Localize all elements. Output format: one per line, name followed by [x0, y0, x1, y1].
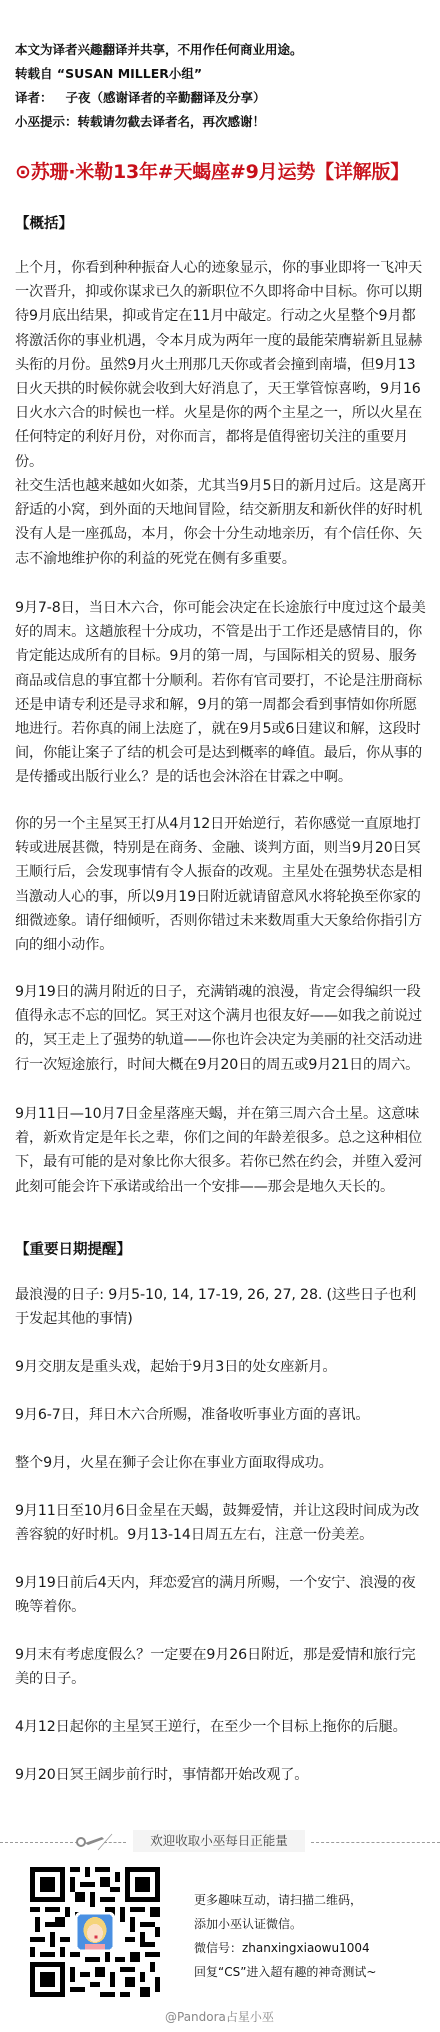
paragraph: 9月交朋友是重头戏，起始于9月3日的处女座新月。: [15, 1355, 429, 1379]
qr-info-line: 更多趣味互动，请扫描二维码，: [194, 1888, 377, 1912]
paragraph: 社交生活也越来越如火如荼，尤其当9月5日的新月过后。这是离开舒适的小窝，到外面的…: [15, 474, 429, 571]
section-heading-dates: 【重要日期提醒】: [15, 1238, 131, 1259]
section-heading-overview: 【概括】: [15, 212, 73, 233]
dashed-line: [104, 1842, 126, 1843]
dashed-line: [311, 1842, 440, 1843]
footer-banner: 欢迎收取小巫每日正能量: [133, 1830, 305, 1852]
qr-info-line: 添加小巫认证微信。: [194, 1912, 377, 1936]
dashed-line: [0, 1842, 78, 1843]
paragraph: 9月11日—10月7日金星落座天蝎，并在第三周六合土星。这意味着，新欢肯定是年长…: [15, 1102, 429, 1199]
qr-info-line: 回复“CS”进入超有趣的神奇测试~: [194, 1960, 377, 1984]
paragraph: 最浪漫的日子: 9月5-10, 14, 17-19, 26, 27, 28. (…: [15, 1283, 429, 1331]
paragraph: 你的另一个主星冥王打从4月12日开始逆行，若你感觉一直原地打转或进展甚微，特别是…: [15, 812, 429, 957]
paragraph: 9月7-8日，当日木六合，你可能会决定在长途旅行中度过这个最美好的周末。这趟旅程…: [15, 596, 429, 790]
watermark: @Pandora占星小巫: [165, 2008, 274, 2025]
qr-info: 更多趣味互动，请扫描二维码， 添加小巫认证微信。 微信号：zhanxingxia…: [194, 1888, 377, 1984]
paragraph: 9月20日冥王阔步前行时，事情都开始改观了。: [15, 1763, 429, 1787]
wechat-id: 微信号：zhanxingxiaowu1004: [194, 1936, 377, 1960]
footer-separator: 欢迎收取小巫每日正能量: [0, 1832, 440, 1852]
disclaimer-text: 本文为译者兴趣翻译并共享，不用作任何商业用途。: [15, 42, 303, 58]
source-text: 转载自 “SUSAN MILLER小组”: [15, 66, 202, 82]
paragraph: 9月11日至10月6日金星在天蝎，鼓舞爱情，并让这段时间成为改善容貌的好时机。9…: [15, 1499, 429, 1547]
qr-code[interactable]: [30, 1867, 160, 1997]
paragraph: 9月19日的满月附近的日子，充满销魂的浪漫，肯定会得编织一段值得永志不忘的回忆。…: [15, 980, 429, 1077]
paragraph: 9月19日前后4天内，拜恋爱宫的满月所赐，一个安宁、浪漫的夜晚等着你。: [15, 1571, 429, 1619]
paragraph: 4月12日起你的主星冥王逆行，在至少一个目标上拖你的后腿。: [15, 1715, 429, 1739]
qr-code-icon: [30, 1867, 160, 1997]
paragraph: 9月末有考虑度假么？一定要在9月26日附近，那是爱情和旅行完美的日子。: [15, 1643, 429, 1691]
article-title: ⊙苏珊·米勒13年#天蝎座#9月运势【详解版】: [15, 157, 409, 184]
paragraph: 9月6-7日，拜日木六合所赐，准备收听事业方面的喜讯。: [15, 1403, 429, 1427]
translator-text: 译者： 子夜（感谢译者的辛勤翻译及分享）: [15, 90, 266, 106]
paragraph: 上个月，你看到种种振奋人心的迹象显示，你的事业即将一飞冲天一次晋升，抑或你谋求已…: [15, 256, 429, 474]
repost-notice: 小巫提示：转载请勿截去译者名，再次感谢！: [15, 114, 265, 130]
paragraph: 整个9月，火星在狮子会让你在事业方面取得成功。: [15, 1451, 429, 1475]
